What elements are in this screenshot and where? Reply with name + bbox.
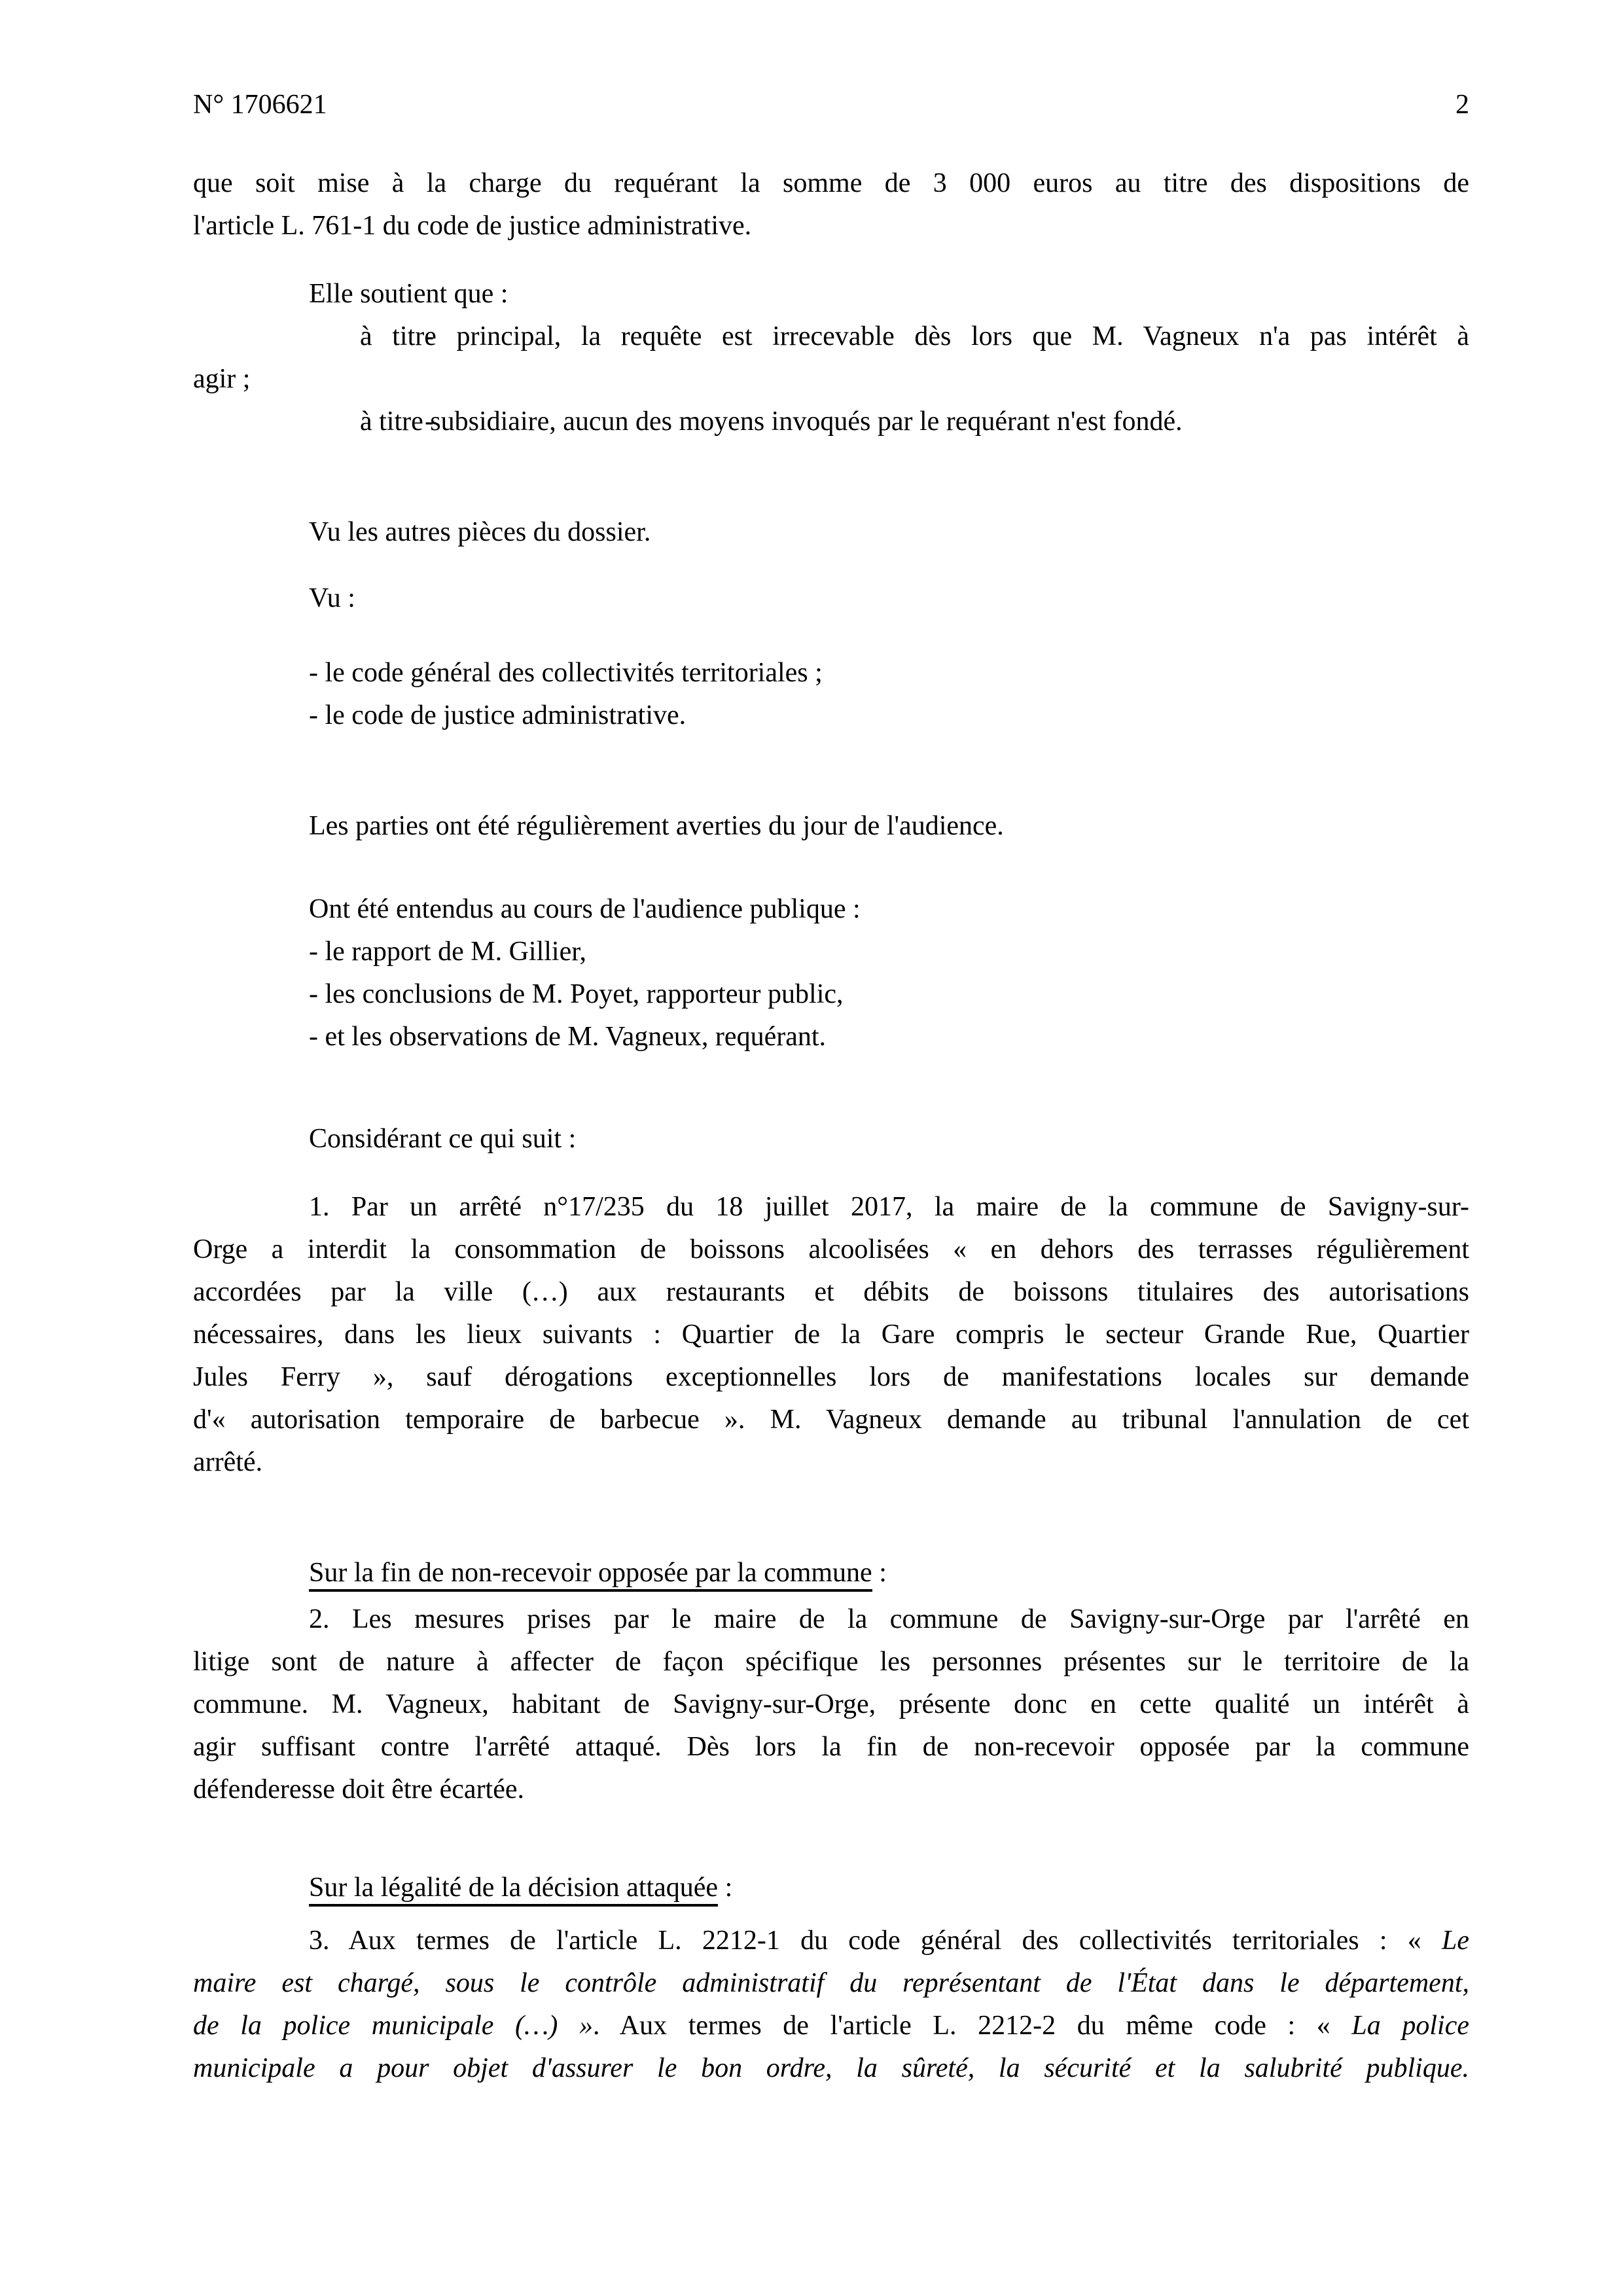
document-page: N° 1706621 2 que soit mise à la charge d… (0, 0, 1623, 2296)
case-number: N° 1706621 (193, 84, 327, 126)
text-line: nécessaires, dans les lieux suivants : Q… (193, 1314, 1469, 1356)
text-line: arrêté. (193, 1441, 1469, 1484)
text-line: que soit mise à la charge du requérant l… (193, 162, 1469, 205)
list-dash: - (309, 315, 360, 358)
text-line: -à titre subsidiaire, aucun des moyens i… (193, 401, 1469, 443)
list-dash: - (309, 401, 360, 443)
document-body: que soit mise à la charge du requérant l… (193, 162, 1469, 2090)
document-content: N° 1706621 2 que soit mise à la charge d… (193, 84, 1469, 2090)
text-line: accordées par la ville (…) aux restauran… (193, 1271, 1469, 1314)
text-line: l'article L. 761-1 du code de justice ad… (193, 205, 1469, 247)
text-line: Vu : (193, 577, 1469, 620)
page-header: N° 1706621 2 (193, 84, 1469, 126)
text-line: de la police municipale (…) ». Aux terme… (193, 2005, 1469, 2047)
text-line: Ont été entendus au cours de l'audience … (193, 888, 1469, 931)
text-line: 3. Aux termes de l'article L. 2212-1 du … (193, 1920, 1469, 1962)
text-line: -à titre principal, la requête est irrec… (193, 315, 1469, 358)
text-line: - et les observations de M. Vagneux, req… (193, 1016, 1469, 1058)
text-line: défenderesse doit être écartée. (193, 1768, 1469, 1811)
text-line: Elle soutient que : (193, 273, 1469, 315)
text-line: Considérant ce qui suit : (193, 1118, 1469, 1160)
text-line: Sur la fin de non-recevoir opposée par l… (193, 1552, 1469, 1594)
text-line: agir ; (193, 358, 1469, 401)
page-number: 2 (1455, 84, 1469, 126)
text-line: 2. Les mesures prises par le maire de la… (193, 1598, 1469, 1641)
text-line: Les parties ont été régulièrement averti… (193, 805, 1469, 848)
text-line: d'« autorisation temporaire de barbecue … (193, 1399, 1469, 1441)
text-line: - le code de justice administrative. (193, 694, 1469, 737)
text-line: litige sont de nature à affecter de faço… (193, 1641, 1469, 1683)
text-line: - le code général des collectivités terr… (193, 652, 1469, 694)
text-line: Vu les autres pièces du dossier. (193, 511, 1469, 554)
text-line: municipale a pour objet d'assurer le bon… (193, 2047, 1469, 2090)
text-line: commune. M. Vagneux, habitant de Savigny… (193, 1683, 1469, 1726)
text-line: agir suffisant contre l'arrêté attaqué. … (193, 1726, 1469, 1768)
text-line: 1. Par un arrêté n°17/235 du 18 juillet … (193, 1186, 1469, 1229)
text-line: Jules Ferry », sauf dérogations exceptio… (193, 1356, 1469, 1399)
text-line: Sur la légalité de la décision attaquée … (193, 1867, 1469, 1909)
text-line: maire est chargé, sous le contrôle admin… (193, 1962, 1469, 2005)
text-line: Orge a interdit la consommation de boiss… (193, 1229, 1469, 1271)
text-line: - le rapport de M. Gillier, (193, 931, 1469, 973)
text-line: - les conclusions de M. Poyet, rapporteu… (193, 973, 1469, 1016)
